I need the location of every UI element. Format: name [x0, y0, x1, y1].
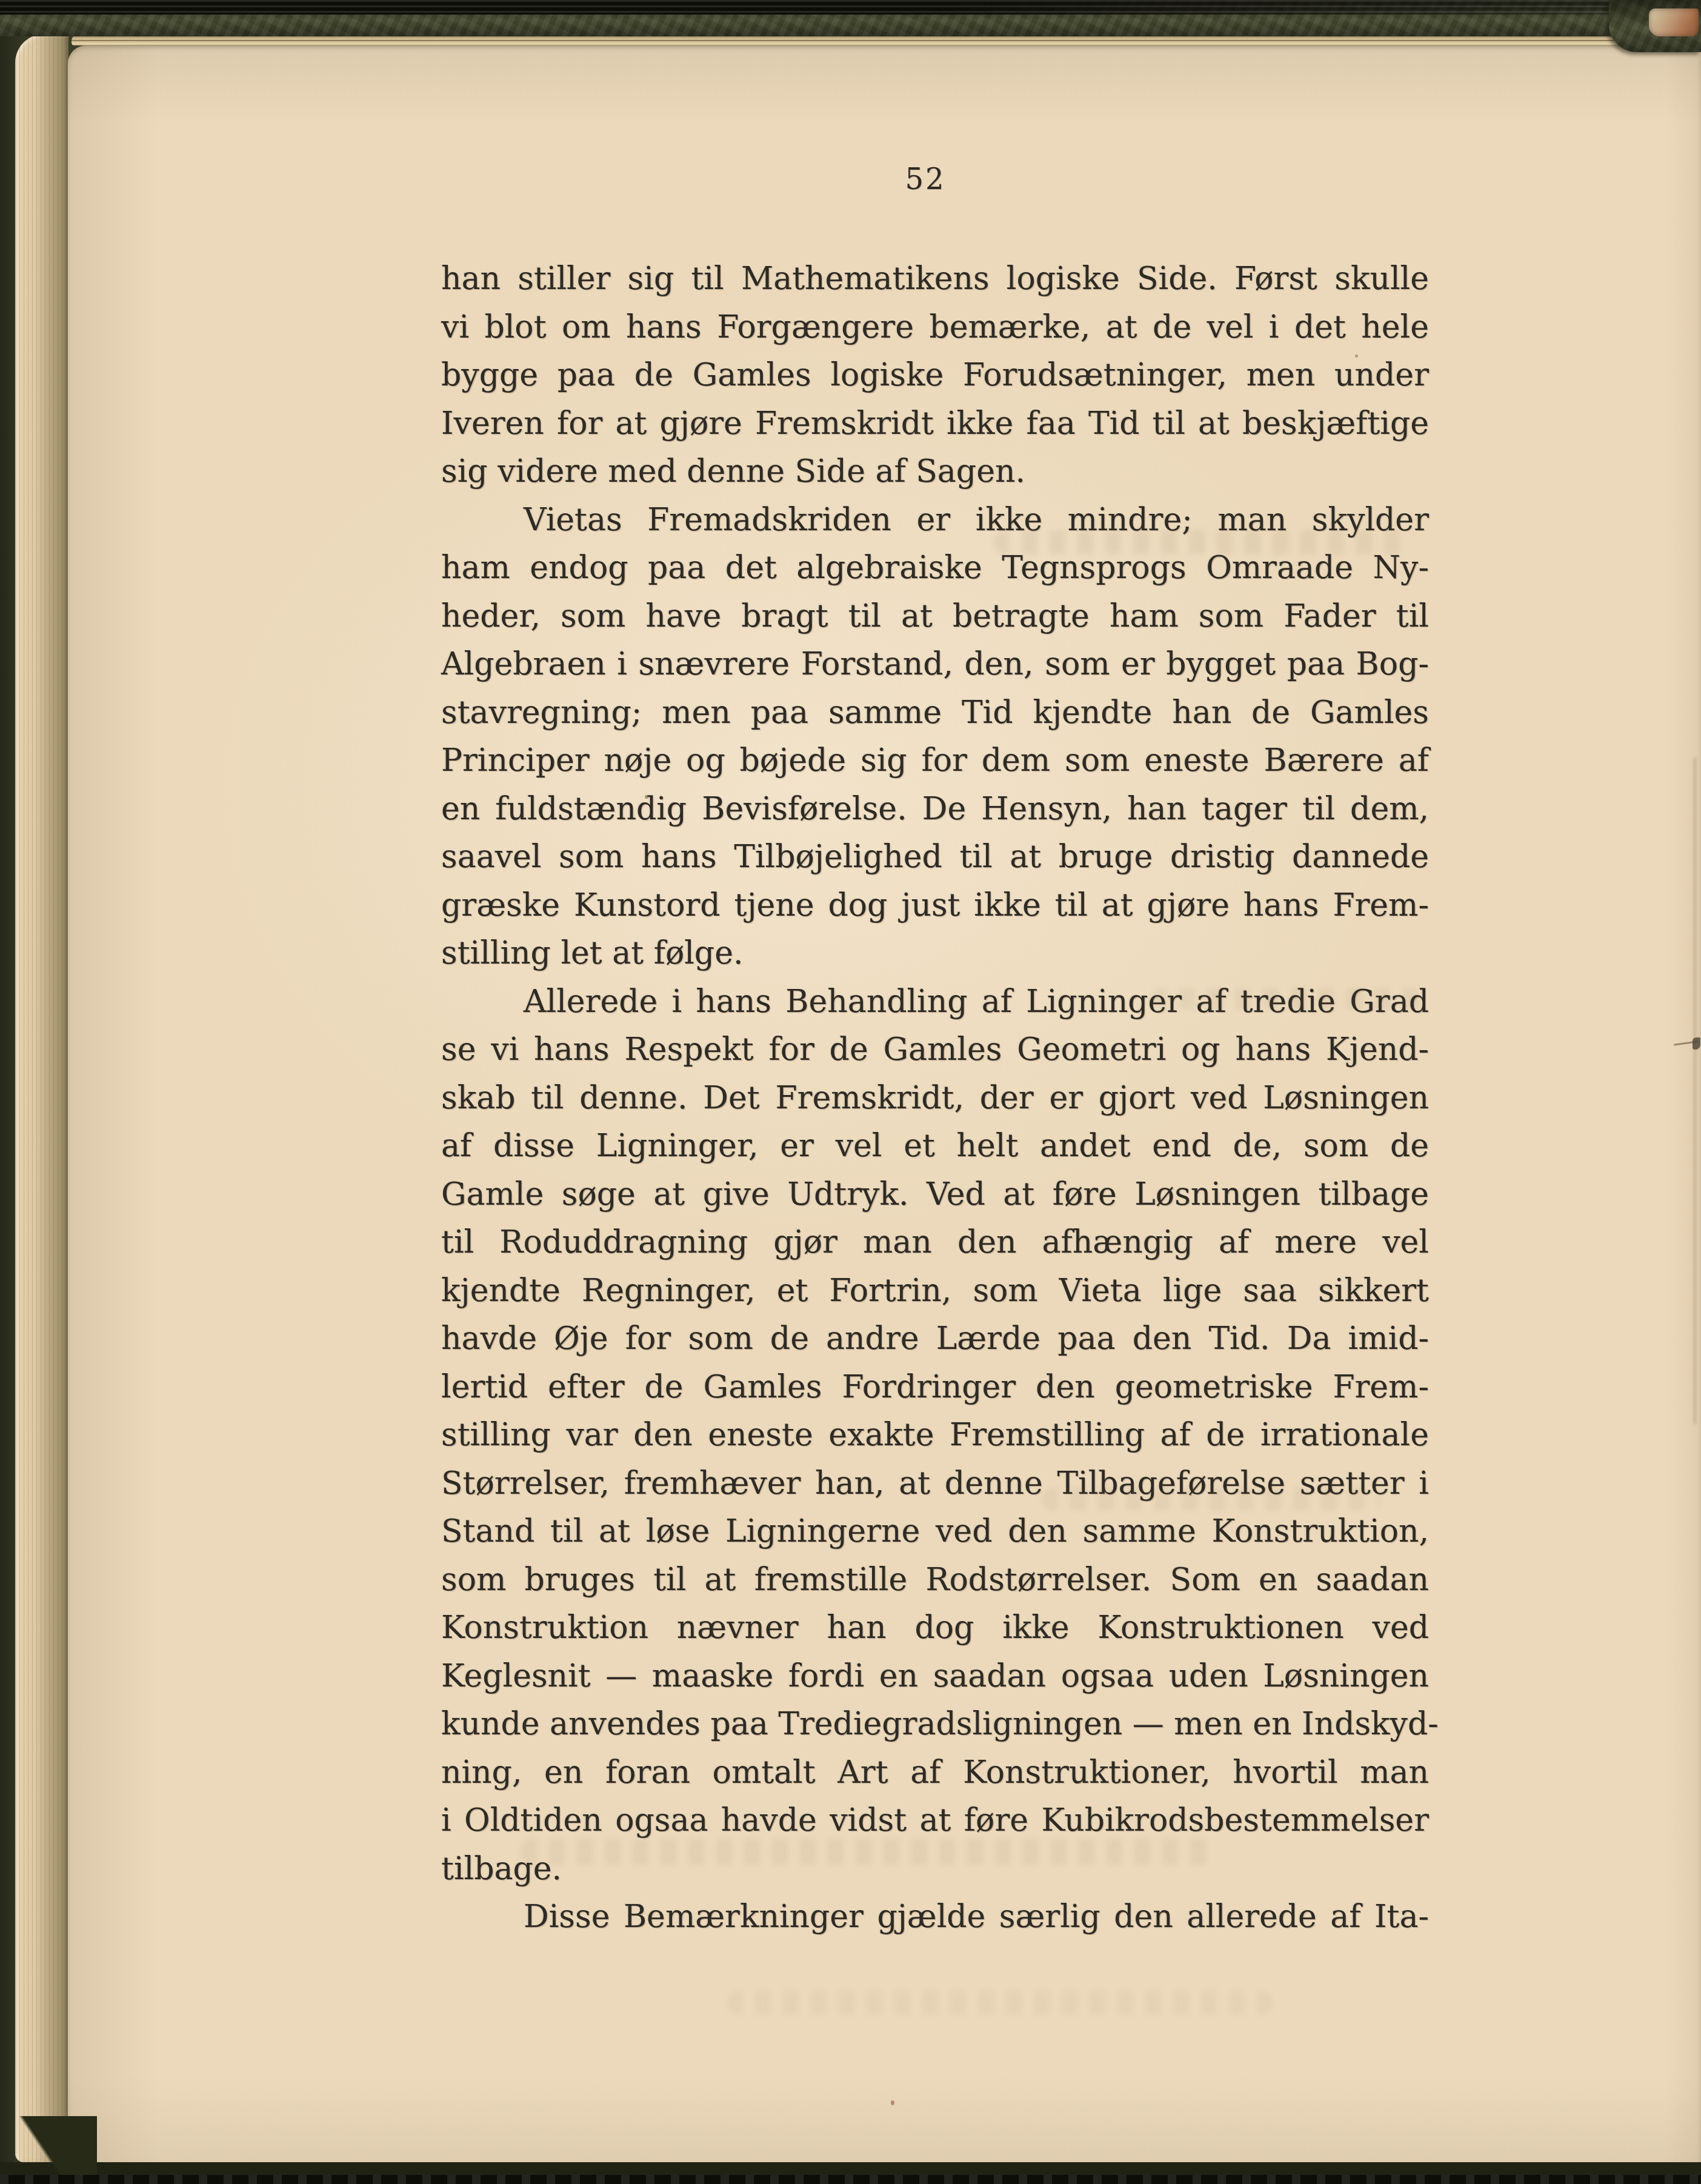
text-line: Algebraen i snævrere Forstand, den, som …	[441, 641, 1429, 689]
paper-speck	[645, 795, 648, 799]
paper-speck	[1355, 355, 1358, 358]
page-crease	[1674, 1029, 1701, 1060]
book-cover-top-edge	[0, 0, 1701, 15]
crease-dot	[1693, 1037, 1700, 1050]
text-line: han stiller sig til Mathematikens logisk…	[441, 255, 1429, 304]
page-number: 52	[431, 162, 1419, 201]
text-line: lertid efter de Gamles Fordringer den ge…	[441, 1363, 1429, 1412]
paper-speck	[891, 2100, 894, 2105]
text-line: Konstruktion nævner han dog ikke Konstru…	[441, 1604, 1429, 1653]
ink-bleed-smudge	[727, 1991, 1273, 2015]
book-photo: 52 han stiller sig til Mathematikens log…	[0, 0, 1701, 2184]
text-line: skab til denne. Det Fremskridt, der er g…	[441, 1074, 1429, 1123]
text-line: stilling var den eneste exakte Fremstill…	[441, 1411, 1429, 1460]
page-curl-shadow	[1694, 757, 1696, 1424]
text-line: Disse Bemærkninger gjælde særlig den all…	[441, 1893, 1429, 1942]
text-line: af disse Ligninger, er vel et helt andet…	[441, 1122, 1429, 1171]
text-line: græske Kunstord tjene dog just ikke til …	[441, 882, 1429, 930]
text-line: Principer nøje og bøjede sig for dem som…	[441, 737, 1429, 785]
text-line: sig videre med denne Side af Sagen.	[441, 448, 1429, 496]
text-line: heder, som have bragt til at betragte ha…	[441, 593, 1429, 641]
text-line: saavel som hans Tilbøjelighed til at bru…	[441, 833, 1429, 882]
text-line: Iveren for at gjøre Fremskridt ikke faa …	[441, 400, 1429, 448]
ink-bleed-smudge	[521, 1839, 1218, 1865]
text-line: i Oldtiden ogsaa havde vidst at føre Kub…	[441, 1797, 1429, 1845]
cover-corner-wear-patch	[1649, 8, 1699, 36]
page-edge-stack-left	[15, 34, 68, 2162]
text-line: kunde anvendes paa Trediegradsligningen …	[441, 1700, 1429, 1749]
text-line: en fuldstændig Bevisførelse. De Hensyn, …	[441, 785, 1429, 834]
text-line: Stand til at løse Ligningerne ved den sa…	[441, 1508, 1429, 1556]
text-line: se vi hans Respekt for de Gamles Geometr…	[441, 1026, 1429, 1074]
text-line: Keglesnit — maaske fordi en saadan ogsaa…	[441, 1653, 1429, 1701]
book-cover-bottom-edge	[0, 2175, 1701, 2184]
text-line: stilling let at følge.	[441, 930, 1429, 978]
ink-bleed-smudge	[1151, 988, 1424, 1010]
text-line: vi blot om hans Forgængere bemærke, at d…	[441, 304, 1429, 352]
text-line: Gamle søge at give Udtryk. Ved at føre L…	[441, 1171, 1429, 1219]
cover-bottom-left-corner	[0, 2116, 97, 2184]
text-line: havde Øje for som de andre Lærde paa den…	[441, 1315, 1429, 1363]
ink-bleed-smudge	[1042, 1488, 1382, 1511]
text-line: ning, en foran omtalt Art af Konstruktio…	[441, 1749, 1429, 1797]
text-line: kjendte Regninger, et Fortrin, som Vieta…	[441, 1267, 1429, 1316]
text-line: stavregning; men paa samme Tid kjendte h…	[441, 689, 1429, 737]
text-line: til Roduddragning gjør man den afhængig …	[441, 1219, 1429, 1267]
text-line: som bruges til at fremstille Rodstørrels…	[441, 1556, 1429, 1605]
ink-bleed-smudge	[994, 530, 1412, 554]
text-block: han stiller sig til Mathematikens logisk…	[441, 255, 1429, 1942]
text-line: bygge paa de Gamles logiske Forudsætning…	[441, 351, 1429, 400]
